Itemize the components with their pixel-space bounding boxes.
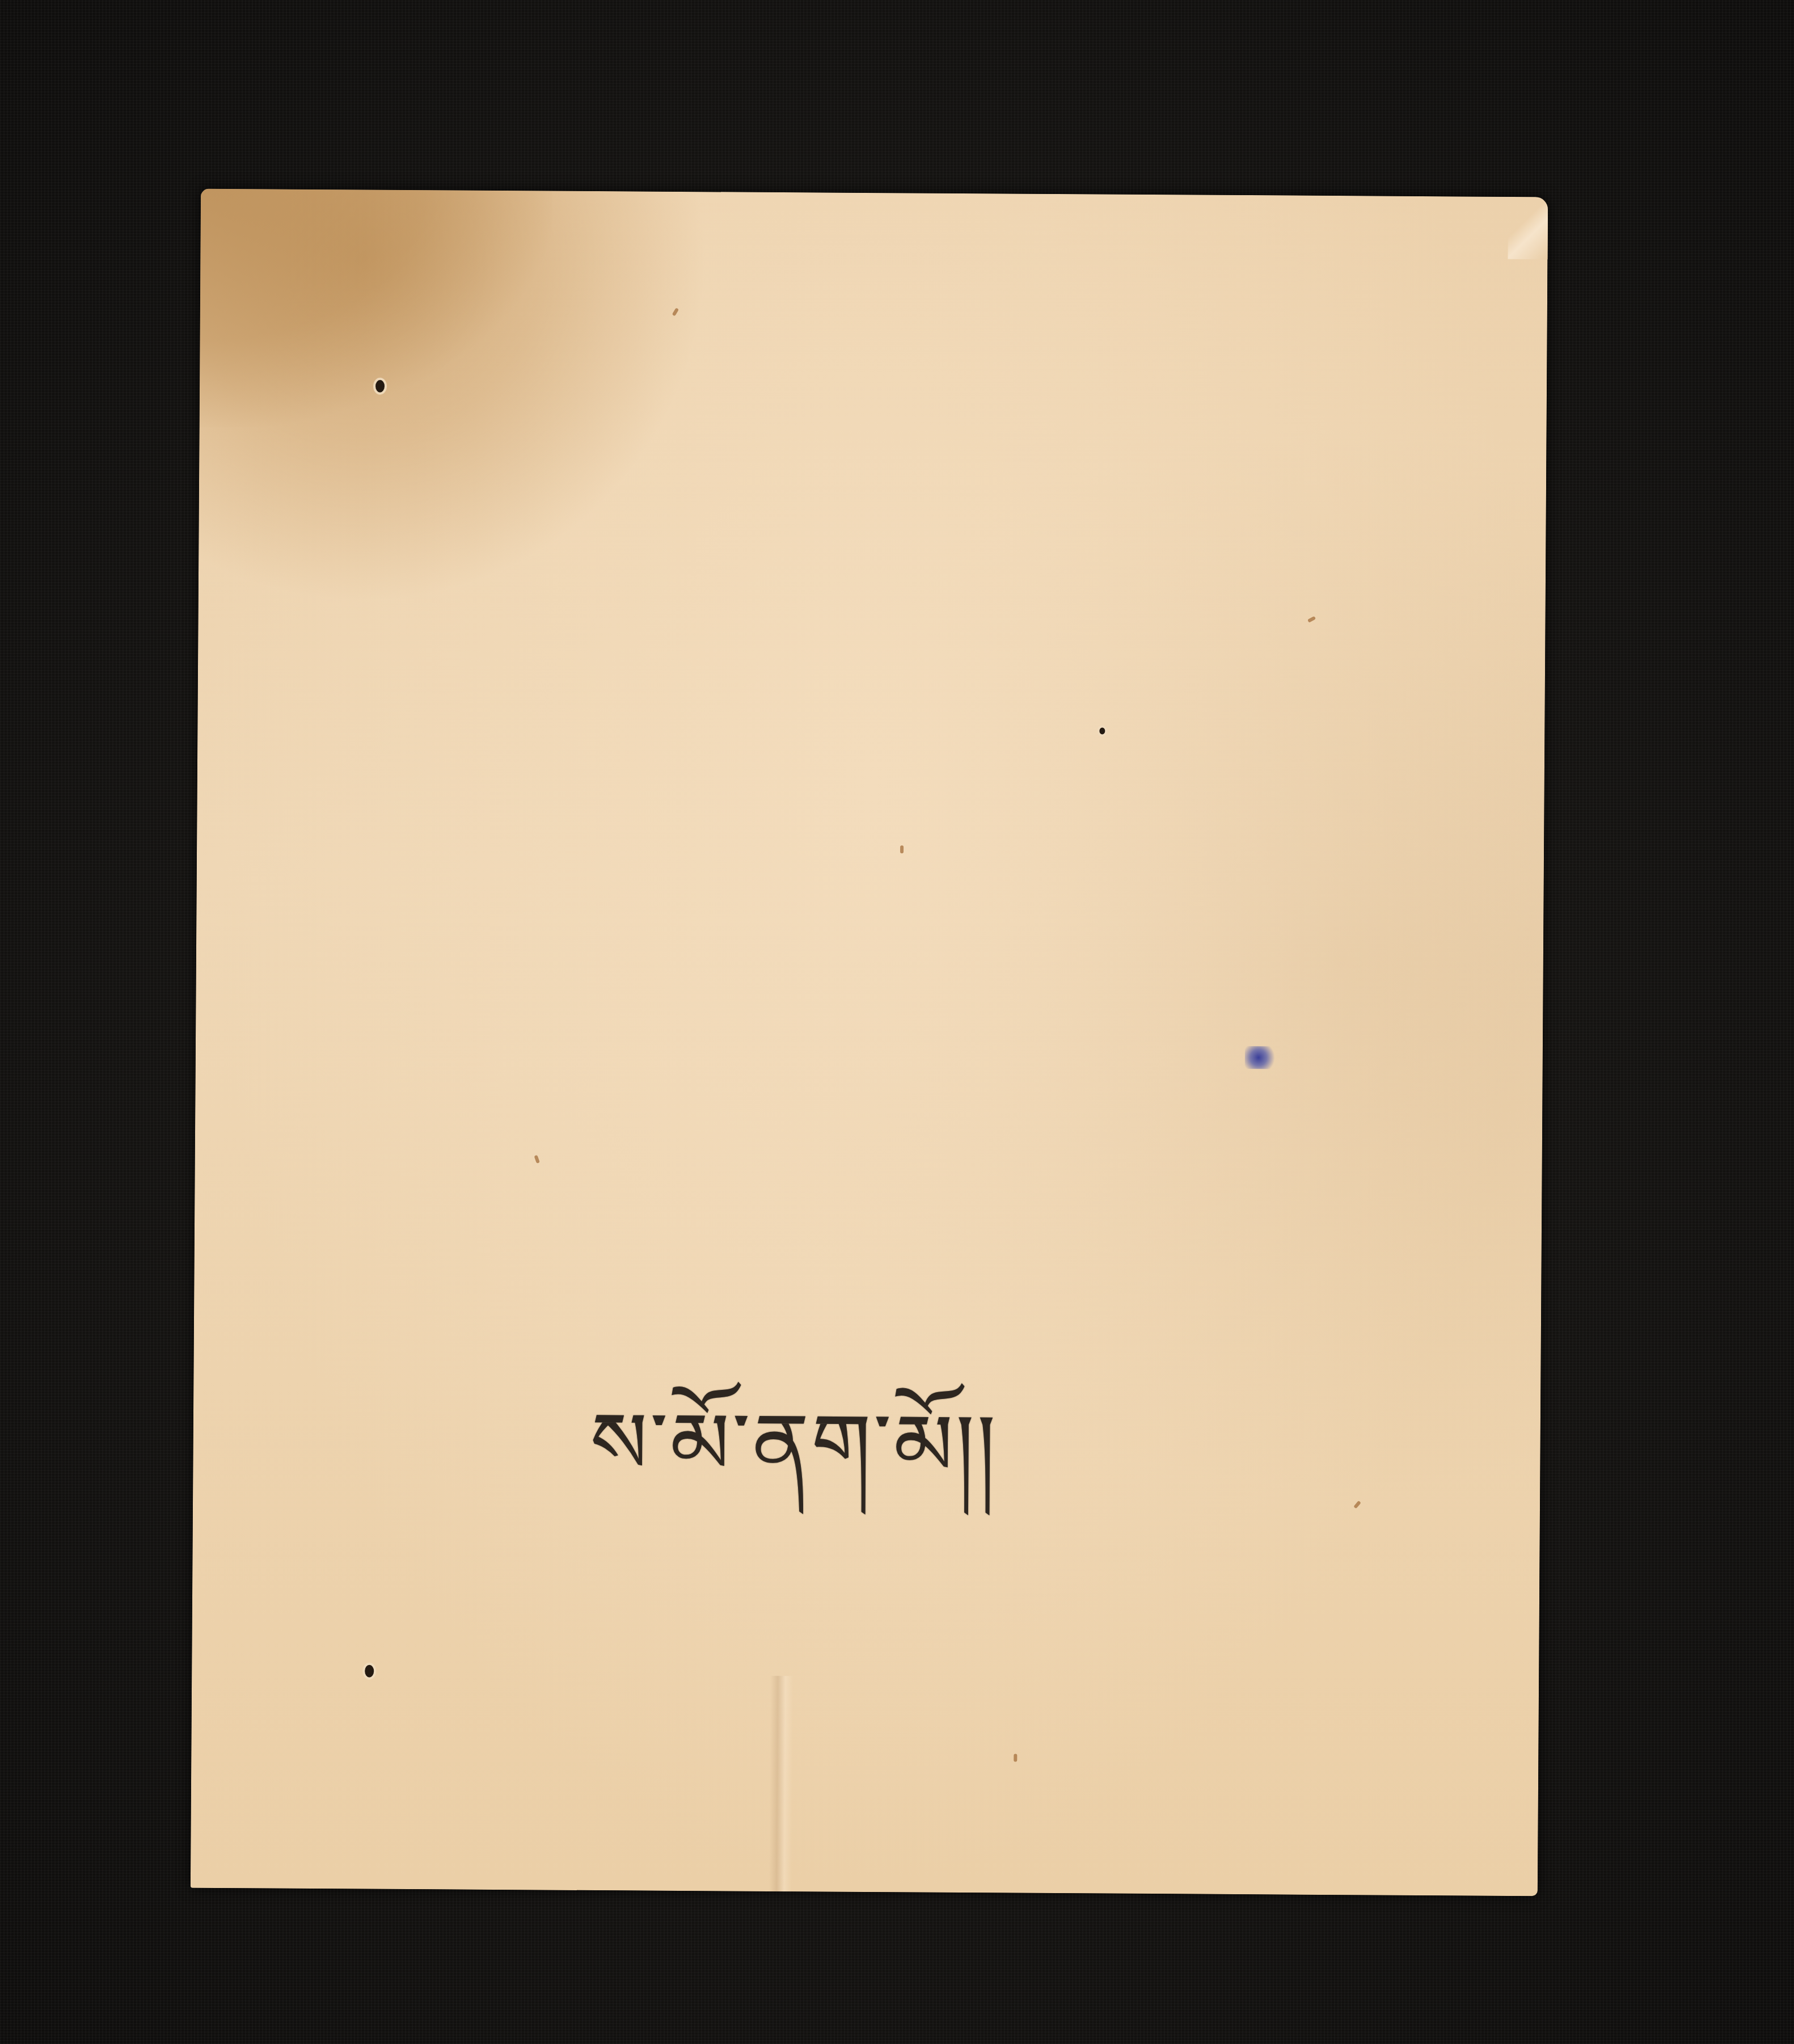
paper-crease [769, 1676, 793, 1891]
tibetan-inscription: ས་མོ་ནག་མོ།། [589, 1348, 998, 1590]
blue-ink-spot [1245, 1046, 1279, 1069]
folded-corner [1508, 197, 1548, 259]
paper-fleck [1014, 1754, 1017, 1762]
paper-fleck [1353, 1501, 1361, 1509]
paper-hole [365, 1665, 374, 1678]
paper-hole [1099, 727, 1105, 734]
paper-sheet: ས་མོ་ནག་མོ།། [191, 189, 1548, 1896]
water-stain [200, 189, 553, 429]
paper-hole [375, 380, 385, 393]
paper-fleck [672, 307, 679, 316]
paper-fleck [534, 1155, 540, 1164]
paper-fleck [900, 845, 904, 853]
paper-fleck [1307, 616, 1316, 623]
